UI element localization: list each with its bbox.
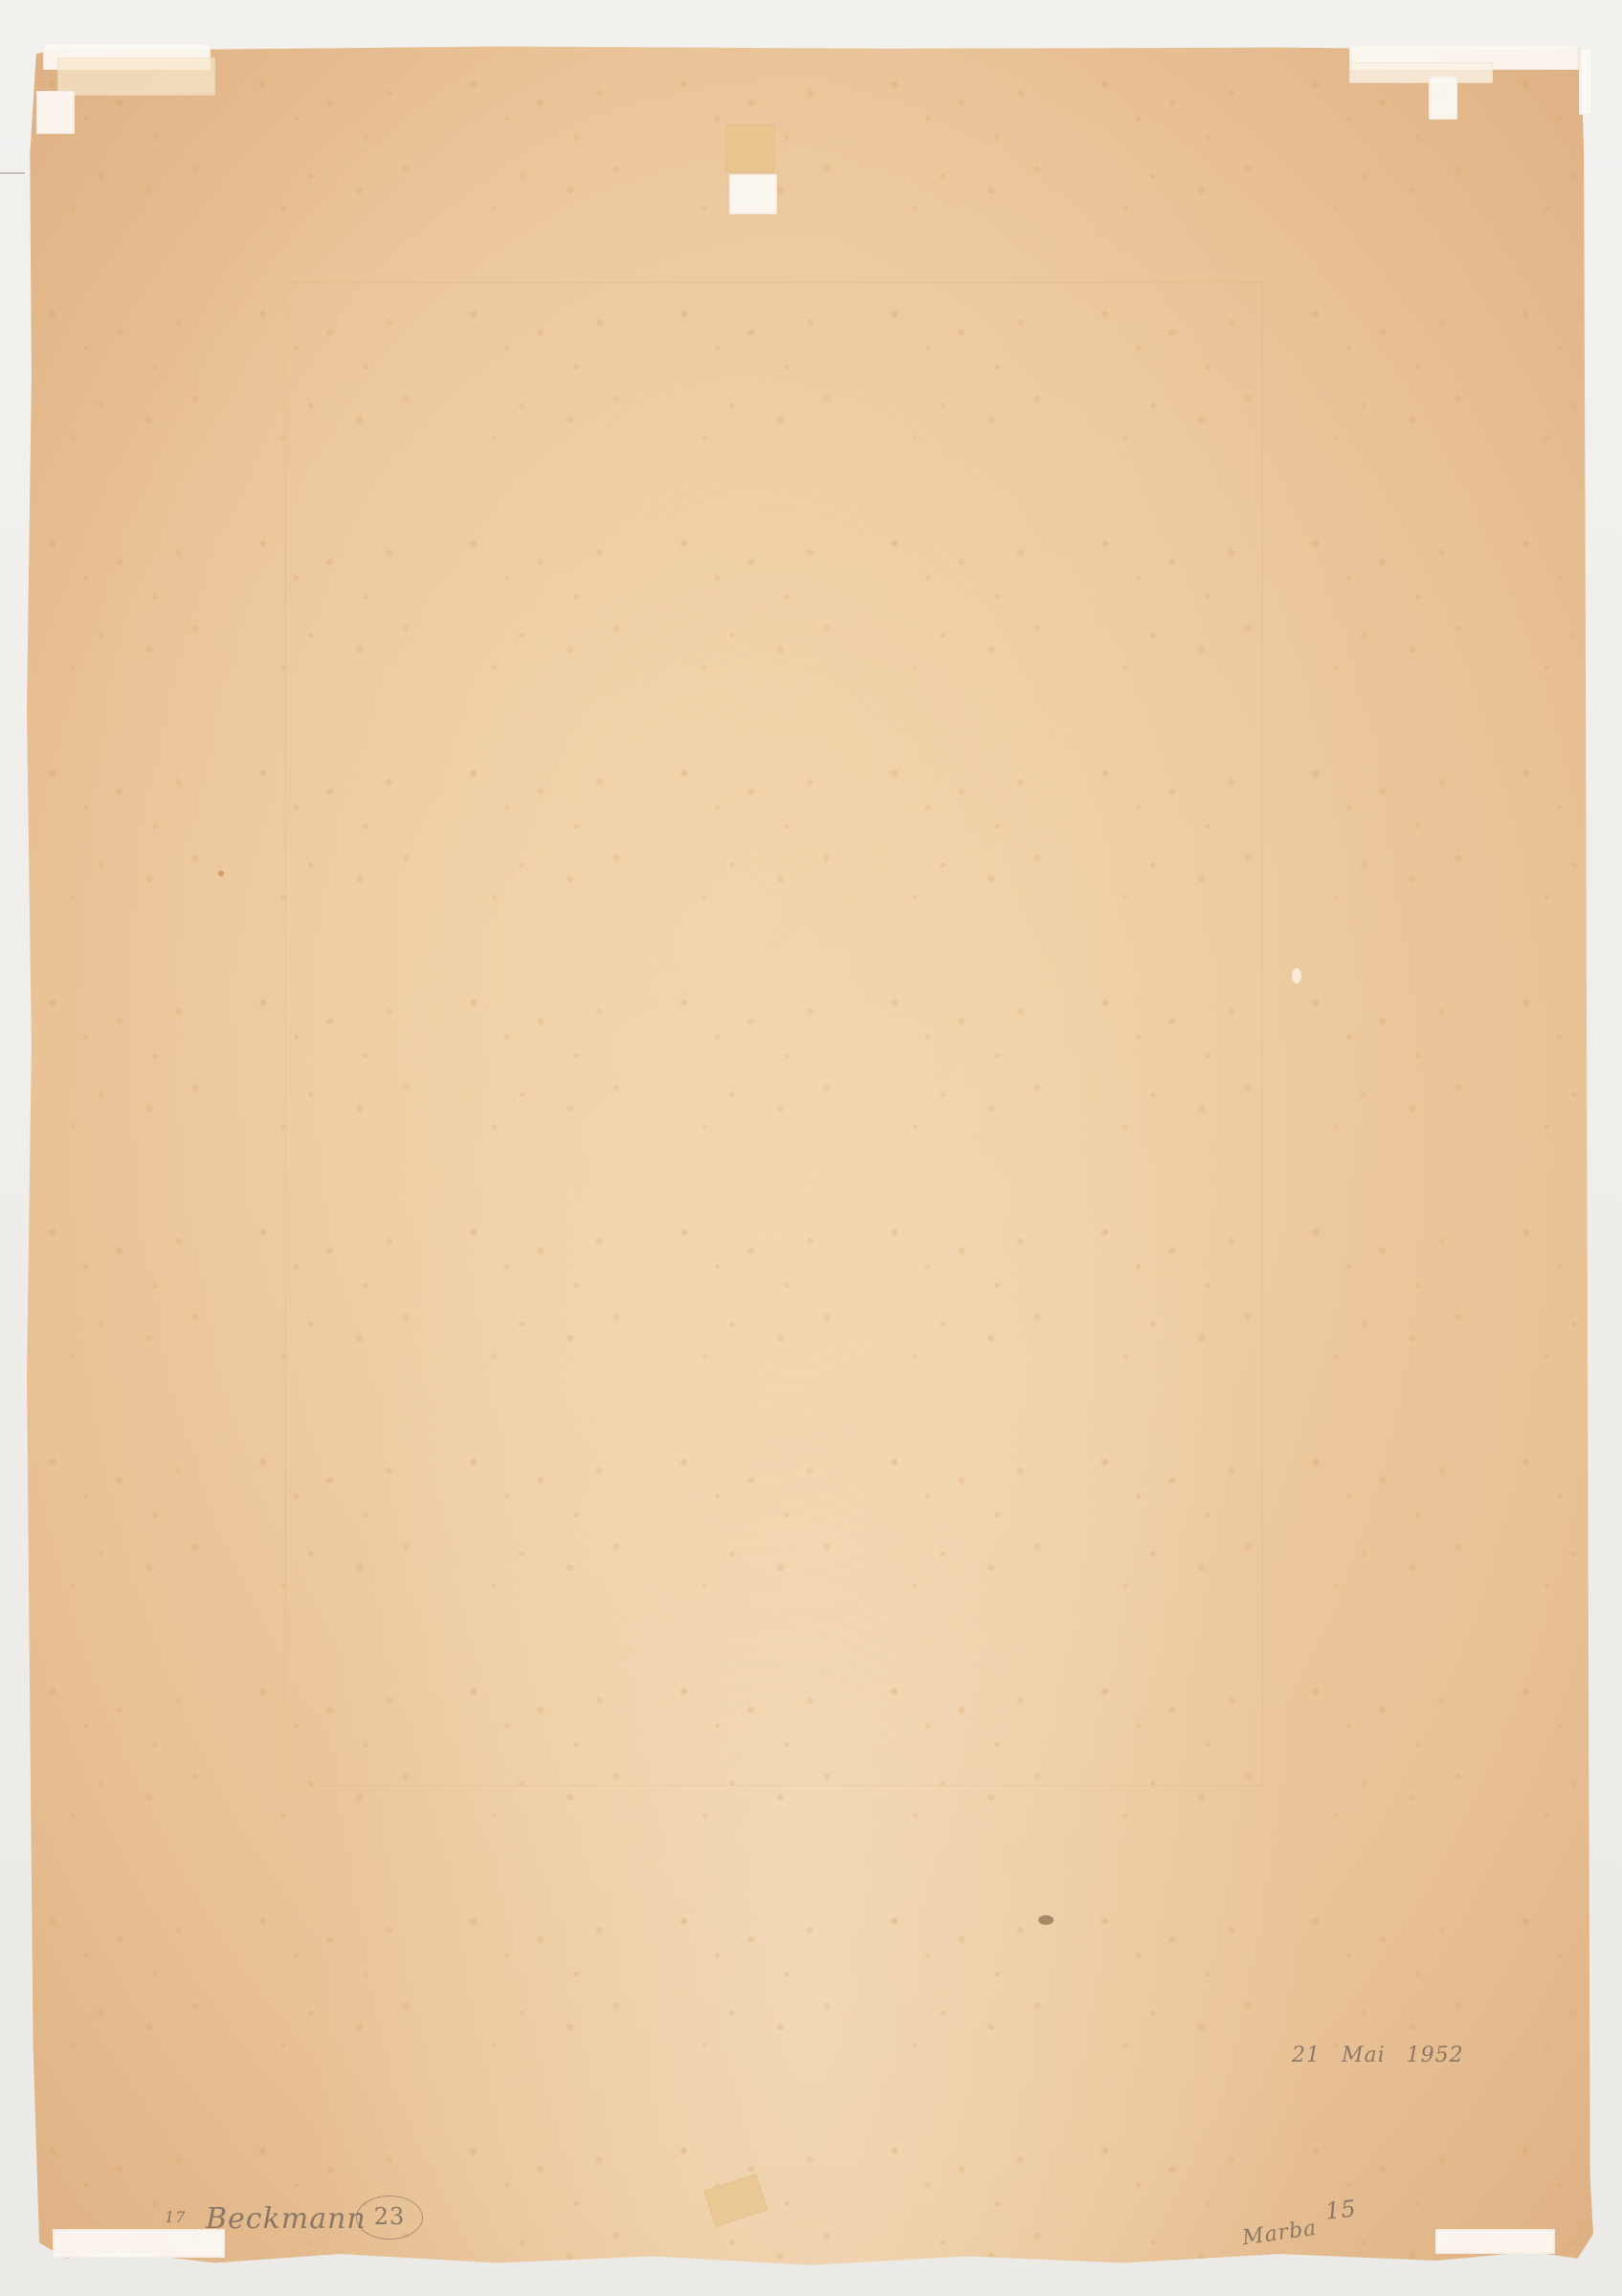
inscription-date: 21 Mai 1952 — [1292, 2043, 1464, 2067]
plate-mark-area — [285, 282, 1263, 1786]
paper-sheet — [27, 43, 1593, 2267]
tape-bottom-left — [53, 2229, 225, 2258]
tape-top-right-inner — [1349, 62, 1493, 83]
tape-top-right-tab — [1429, 77, 1457, 120]
mat-edge-line — [0, 172, 25, 174]
inscription-circled-number: 23 — [356, 2196, 423, 2240]
hinge-aged-top — [725, 124, 775, 172]
stain-spot — [1038, 1915, 1054, 1925]
abrasion-spot — [1292, 968, 1301, 983]
inscription-number-mark: 17 — [165, 2208, 186, 2226]
tape-top-left-tab — [36, 91, 75, 134]
tape-bottom-right — [1435, 2229, 1555, 2254]
foxing-spot — [218, 871, 224, 876]
inscription-note-number: 15 — [1324, 2195, 1358, 2224]
tape-top-right-edge — [1579, 48, 1592, 115]
inscription-artist-name: Beckmann — [206, 2202, 367, 2236]
hinge-white-top — [729, 174, 777, 214]
tape-top-left-inner — [57, 57, 215, 96]
